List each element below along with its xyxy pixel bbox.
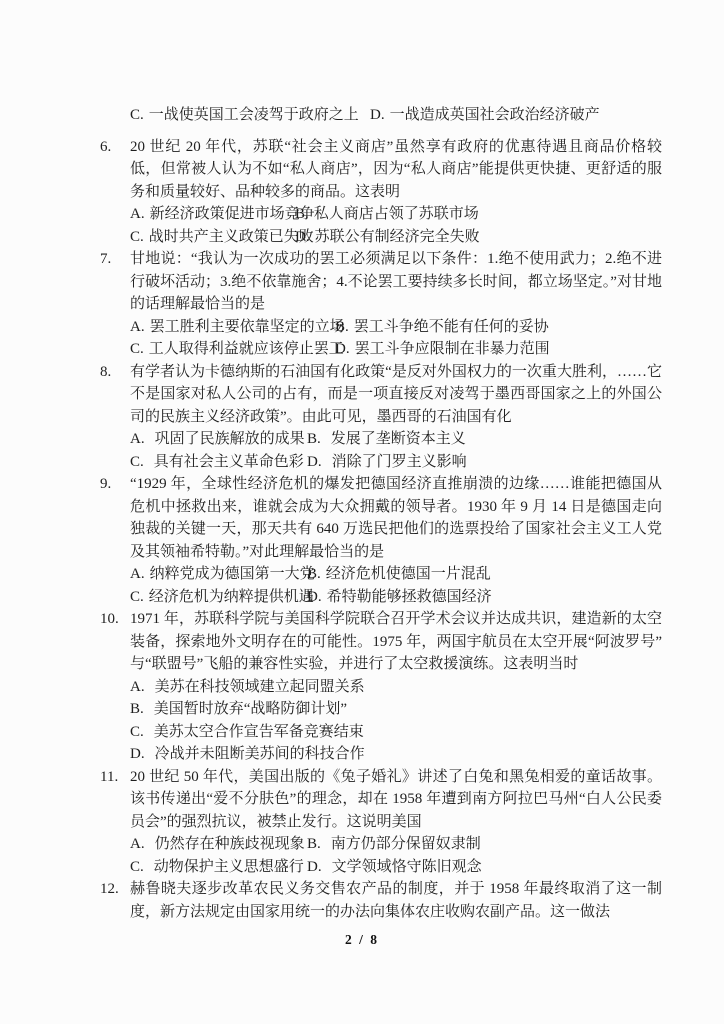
option-label: D. xyxy=(130,743,145,766)
option-a: A. 罢工胜利主要依靠坚定的立场 xyxy=(130,316,335,339)
question-number: 7. xyxy=(100,248,130,271)
option-label: A. xyxy=(130,316,145,339)
option-label: A. xyxy=(130,563,145,586)
page-content: C. 一战使英国工会凌驾于政府之上 D. 一战造成英国社会政治经济破产 6. 2… xyxy=(100,104,662,923)
option-text: 消除了门罗主义影响 xyxy=(332,451,467,474)
option-d: D. 消除了门罗主义影响 xyxy=(307,451,467,474)
option-text: 南方仍部分保留奴隶制 xyxy=(331,833,481,856)
option-text: 私人商店占领了苏联市场 xyxy=(314,203,479,226)
option-b: B. 美国暂时放弃“战略防御计划” xyxy=(130,698,347,721)
option-a: A. 新经济政策促进市场竞争 xyxy=(130,203,295,226)
option-label: C. xyxy=(130,721,144,744)
option-label: D. xyxy=(295,226,310,249)
option-label: D. xyxy=(370,104,385,127)
question-number: 8. xyxy=(100,361,130,384)
option-text: 仍然存在种族歧视现象 xyxy=(155,833,305,856)
option-row: A. 纳粹党成为德国第一大党 B. 经济危机使德国一片混乱 xyxy=(130,563,662,586)
option-text: 希特勒能够拯救德国经济 xyxy=(327,586,492,609)
option-text: 苏联公有制经济完全失败 xyxy=(315,226,480,249)
option-label: C. xyxy=(130,586,144,609)
option-label: A. xyxy=(130,428,145,451)
option-d: D. 希特勒能够拯救德国经济 xyxy=(307,586,492,609)
option-text: 冷战并未阻断美苏间的科技合作 xyxy=(155,743,365,766)
question-body: 20 世纪 20 年代，苏联“社会主义商店”虽然享有政府的优惠待遇且商品价格较低… xyxy=(130,136,662,249)
option-row: C. 工人取得利益就应该停止罢工 D. 罢工斗争应限制在非暴力范围 xyxy=(130,338,662,361)
option-c: C. 一战使英国工会凌驾于政府之上 xyxy=(130,104,370,127)
question-stem: 赫鲁晓夫逐步改革农民义务交售农产品的制度，并于 1958 年最终取消了这一制度，… xyxy=(130,878,662,923)
question-number: 9. xyxy=(100,473,130,496)
question-7: 7. 甘地说：“我认为一次成功的罢工必须满足以下条件：1.绝不使用武力；2.绝不… xyxy=(100,248,662,361)
option-row: C. 具有社会主义革命色彩 D. 消除了门罗主义影响 xyxy=(130,451,662,474)
question-stem: 甘地说：“我认为一次成功的罢工必须满足以下条件：1.绝不使用武力；2.绝不进行破… xyxy=(130,248,662,316)
question-10: 10. 1971 年，苏联科学院与美国科学院联合召开学术会议并达成共识，建造新的… xyxy=(100,608,662,766)
option-row: A. 新经济政策促进市场竞争 B. 私人商店占领了苏联市场 xyxy=(130,203,662,226)
option-label: B. xyxy=(335,316,349,339)
option-a: A. 巩固了民族解放的成果 xyxy=(130,428,307,451)
question-stem: “1929 年，全球性经济危机的爆发把德国经济直推崩溃的边缘……谁能把德国从危机… xyxy=(130,473,662,563)
question-6: 6. 20 世纪 20 年代，苏联“社会主义商店”虽然享有政府的优惠待遇且商品价… xyxy=(100,136,662,249)
option-c: C. 具有社会主义革命色彩 xyxy=(130,451,307,474)
option-text: 罢工斗争应限制在非暴力范围 xyxy=(355,338,550,361)
option-label: B. xyxy=(307,428,321,451)
option-text: 新经济政策促进市场竞争 xyxy=(150,203,315,226)
option-label: B. xyxy=(307,833,321,856)
option-row: B. 美国暂时放弃“战略防御计划” xyxy=(130,698,662,721)
option-b: B. 发展了垄断资本主义 xyxy=(307,428,466,451)
question-5-option-row: C. 一战使英国工会凌驾于政府之上 D. 一战造成英国社会政治经济破产 xyxy=(130,104,662,127)
option-label: C. xyxy=(130,226,144,249)
question-8: 8. 有学者认为卡德纳斯的石油国有化政策“是反对外国权力的一次重大胜利，……它不… xyxy=(100,361,662,474)
option-c: C. 经济危机为纳粹提供机遇 xyxy=(130,586,307,609)
option-row: A. 罢工胜利主要依靠坚定的立场 B. 罢工斗争绝不能有任何的妥协 xyxy=(130,316,662,339)
question-number: 6. xyxy=(100,136,130,159)
option-d: D. 一战造成英国社会政治经济破产 xyxy=(370,104,600,127)
option-label: B. xyxy=(307,563,321,586)
option-text: 罢工胜利主要依靠坚定的立场 xyxy=(150,316,345,339)
option-a: A. 美苏在科技领域建立起同盟关系 xyxy=(130,676,365,699)
option-label: D. xyxy=(307,451,322,474)
option-text: 一战使英国工会凌驾于政府之上 xyxy=(149,104,359,127)
page-number: 2 / 8 xyxy=(0,929,724,952)
question-9: 9. “1929 年，全球性经济危机的爆发把德国经济直推崩溃的边缘……谁能把德国… xyxy=(100,473,662,608)
exam-paper-page: C. 一战使英国工会凌驾于政府之上 D. 一战造成英国社会政治经济破产 6. 2… xyxy=(0,0,724,1024)
question-number: 10. xyxy=(100,608,130,631)
option-label: C. xyxy=(130,856,144,879)
question-body: 赫鲁晓夫逐步改革农民义务交售农产品的制度，并于 1958 年最终取消了这一制度，… xyxy=(130,878,662,923)
question-body: 20 世纪 50 年代，美国出版的《兔子婚礼》讲述了白兔和黑兔相爱的童话故事。该… xyxy=(130,766,662,879)
question-12: 12. 赫鲁晓夫逐步改革农民义务交售农产品的制度，并于 1958 年最终取消了这… xyxy=(100,878,662,923)
option-text: 经济危机使德国一片混乱 xyxy=(326,563,491,586)
option-c: C. 工人取得利益就应该停止罢工 xyxy=(130,338,335,361)
question-body: 甘地说：“我认为一次成功的罢工必须满足以下条件：1.绝不使用武力；2.绝不进行破… xyxy=(130,248,662,361)
question-stem: 20 世纪 20 年代，苏联“社会主义商店”虽然享有政府的优惠待遇且商品价格较低… xyxy=(130,136,662,204)
option-a: A. 纳粹党成为德国第一大党 xyxy=(130,563,307,586)
option-label: D. xyxy=(307,586,322,609)
option-text: 战时共产主义政策已失败 xyxy=(149,226,314,249)
option-a: A. 仍然存在种族歧视现象 xyxy=(130,833,307,856)
option-b: B. 罢工斗争绝不能有任何的妥协 xyxy=(335,316,549,339)
option-text: 发展了垄断资本主义 xyxy=(331,428,466,451)
option-c: C. 美苏太空合作宣告军备竞赛结束 xyxy=(130,721,364,744)
option-label: C. xyxy=(130,104,144,127)
option-label: A. xyxy=(130,203,145,226)
option-d: D. 罢工斗争应限制在非暴力范围 xyxy=(335,338,550,361)
option-row: A. 美苏在科技领域建立起同盟关系 xyxy=(130,676,662,699)
question-stem: 20 世纪 50 年代，美国出版的《兔子婚礼》讲述了白兔和黑兔相爱的童话故事。该… xyxy=(130,766,662,834)
question-11: 11. 20 世纪 50 年代，美国出版的《兔子婚礼》讲述了白兔和黑兔相爱的童话… xyxy=(100,766,662,879)
option-row: C. 美苏太空合作宣告军备竞赛结束 xyxy=(130,721,662,744)
option-text: 美国暂时放弃“战略防御计划” xyxy=(154,698,347,721)
option-label: A. xyxy=(130,676,145,699)
question-body: 1971 年，苏联科学院与美国科学院联合召开学术会议并达成共识，建造新的太空装备… xyxy=(130,608,662,766)
question-stem: 有学者认为卡德纳斯的石油国有化政策“是反对外国权力的一次重大胜利，……它不是国家… xyxy=(130,361,662,429)
option-row: D. 冷战并未阻断美苏间的科技合作 xyxy=(130,743,662,766)
question-body: “1929 年，全球性经济危机的爆发把德国经济直推崩溃的边缘……谁能把德国从危机… xyxy=(130,473,662,608)
option-text: 美苏太空合作宣告军备竞赛结束 xyxy=(154,721,364,744)
option-text: 美苏在科技领域建立起同盟关系 xyxy=(155,676,365,699)
option-d: D. 文学领域恪守陈旧观念 xyxy=(307,856,482,879)
option-row: C. 战时共产主义政策已失败 D. 苏联公有制经济完全失败 xyxy=(130,226,662,249)
option-text: 巩固了民族解放的成果 xyxy=(155,428,305,451)
option-text: 文学领域恪守陈旧观念 xyxy=(332,856,482,879)
option-label: B. xyxy=(130,698,144,721)
question-number: 12. xyxy=(100,878,130,901)
option-text: 一战造成英国社会政治经济破产 xyxy=(390,104,600,127)
option-c: C. 动物保护主义思想盛行 xyxy=(130,856,307,879)
option-label: D. xyxy=(335,338,350,361)
option-d: D. 苏联公有制经济完全失败 xyxy=(295,226,480,249)
question-stem: 1971 年，苏联科学院与美国科学院联合召开学术会议并达成共识，建造新的太空装备… xyxy=(130,608,662,676)
option-text: 工人取得利益就应该停止罢工 xyxy=(149,338,344,361)
option-label: B. xyxy=(295,203,309,226)
option-label: D. xyxy=(307,856,322,879)
option-b: B. 经济危机使德国一片混乱 xyxy=(307,563,491,586)
option-row: A. 巩固了民族解放的成果 B. 发展了垄断资本主义 xyxy=(130,428,662,451)
option-c: C. 战时共产主义政策已失败 xyxy=(130,226,295,249)
option-text: 动物保护主义思想盛行 xyxy=(154,856,304,879)
option-text: 经济危机为纳粹提供机遇 xyxy=(149,586,314,609)
option-d: D. 冷战并未阻断美苏间的科技合作 xyxy=(130,743,365,766)
option-label: C. xyxy=(130,338,144,361)
question-body: 有学者认为卡德纳斯的石油国有化政策“是反对外国权力的一次重大胜利，……它不是国家… xyxy=(130,361,662,474)
option-text: 具有社会主义革命色彩 xyxy=(154,451,304,474)
option-text: 纳粹党成为德国第一大党 xyxy=(150,563,315,586)
option-label: C. xyxy=(130,451,144,474)
option-label: A. xyxy=(130,833,145,856)
question-number: 11. xyxy=(100,766,130,789)
option-text: 罢工斗争绝不能有任何的妥协 xyxy=(354,316,549,339)
option-row: C. 动物保护主义思想盛行 D. 文学领域恪守陈旧观念 xyxy=(130,856,662,879)
option-row: C. 经济危机为纳粹提供机遇 D. 希特勒能够拯救德国经济 xyxy=(130,586,662,609)
option-b: B. 南方仍部分保留奴隶制 xyxy=(307,833,481,856)
option-b: B. 私人商店占领了苏联市场 xyxy=(295,203,479,226)
option-row: A. 仍然存在种族歧视现象 B. 南方仍部分保留奴隶制 xyxy=(130,833,662,856)
